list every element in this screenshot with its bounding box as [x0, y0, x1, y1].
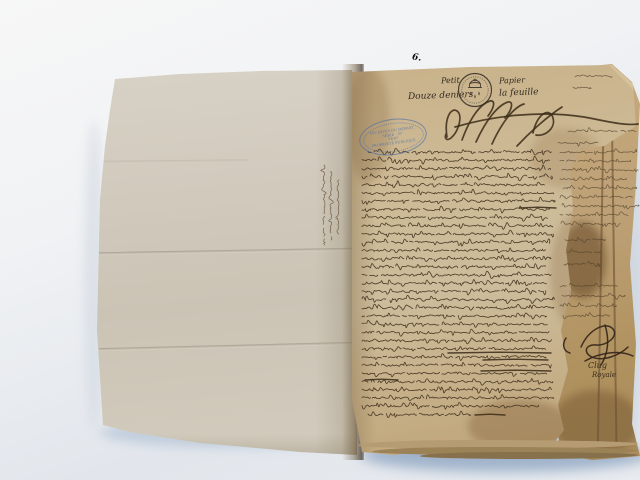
photograph-of-manuscript: Petit Papier Douze deniers la feuille AR…	[0, 0, 640, 480]
gutter-side-shading	[350, 62, 376, 460]
tax-word-petit: Petit	[441, 76, 460, 86]
fold-crease	[99, 159, 249, 164]
tax-word-la-feuille: la feuille	[499, 87, 539, 98]
tax-word-papier: Papier	[499, 76, 525, 86]
bottom-right-note-line2: Royale	[592, 371, 616, 379]
blank-left-folio	[95, 66, 357, 460]
top-ink-mark: 6.	[411, 52, 422, 63]
bottom-right-note-line1: Clug	[588, 361, 607, 370]
